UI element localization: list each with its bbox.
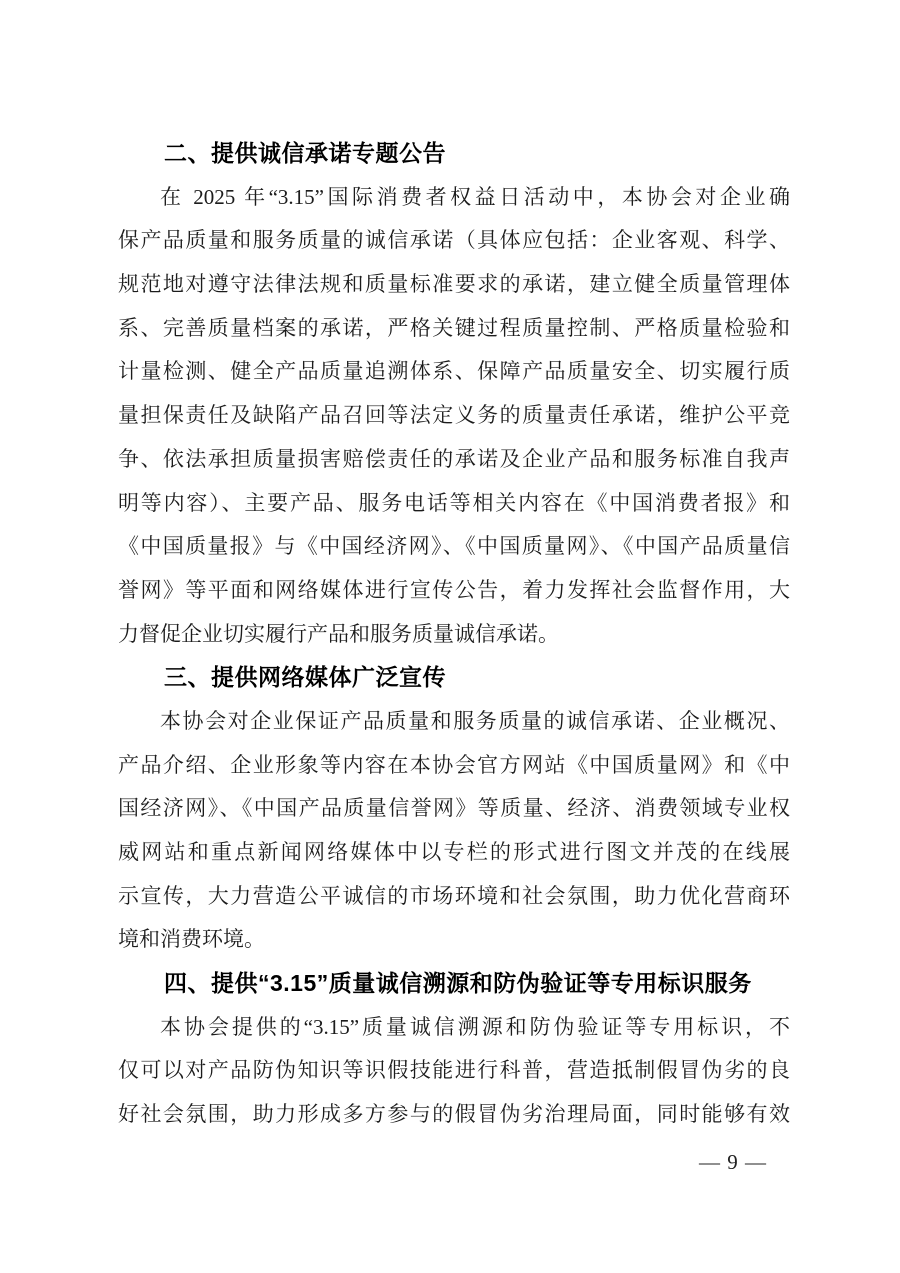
section-heading-4: 四、提供“3.15”质量诚信溯源和防伪验证等专用标识服务: [118, 962, 790, 1006]
text-line: 产品介绍、企业形象等内容在本协会官方网站《中国质量网》和《中: [118, 744, 790, 788]
document-content: 二、提供诚信承诺专题公告 在 2025 年“3.15”国际消费者权益日活动中，本…: [118, 132, 790, 1137]
section-heading-3: 三、提供网络媒体广泛宣传: [118, 656, 790, 700]
text-line: 国经济网》、《中国产品质量信誉网》等质量、经济、消费领域专业权: [118, 787, 790, 831]
text-line: 规范地对遵守法律法规和质量标准要求的承诺，建立健全质量管理体: [118, 263, 790, 307]
text-line: 在 2025 年“3.15”国际消费者权益日活动中，本协会对企业确: [118, 176, 790, 220]
text-line: 力督促企业切实履行产品和服务质量诚信承诺。: [118, 613, 790, 657]
text-line: 系、完善质量档案的承诺，严格关键过程质量控制、严格质量检验和: [118, 307, 790, 351]
text-line: 威网站和重点新闻网络媒体中以专栏的形式进行图文并茂的在线展: [118, 831, 790, 875]
text-line: 明等内容）、主要产品、服务电话等相关内容在《中国消费者报》和: [118, 482, 790, 526]
text-line: 仅可以对产品防伪知识等识假技能进行科普，营造抵制假冒伪劣的良: [118, 1049, 790, 1093]
section-heading-2: 二、提供诚信承诺专题公告: [118, 132, 790, 176]
text-line: 本协会提供的“3.15”质量诚信溯源和防伪验证等专用标识，不: [118, 1006, 790, 1050]
document-page: 二、提供诚信承诺专题公告 在 2025 年“3.15”国际消费者权益日活动中，本…: [0, 0, 900, 1273]
text-line: 示宣传，大力营造公平诚信的市场环境和社会氛围，助力优化营商环: [118, 875, 790, 919]
text-line: 境和消费环境。: [118, 918, 790, 962]
text-line: 量担保责任及缺陷产品召回等法定义务的质量责任承诺，维护公平竞: [118, 394, 790, 438]
text-line: 保产品质量和服务质量的诚信承诺（具体应包括：企业客观、科学、: [118, 219, 790, 263]
text-line: 好社会氛围，助力形成多方参与的假冒伪劣治理局面，同时能够有效: [118, 1093, 790, 1137]
text-line: 本协会对企业保证产品质量和服务质量的诚信承诺、企业概况、: [118, 700, 790, 744]
text-line: 《中国质量报》与《中国经济网》、《中国质量网》、《中国产品质量信: [118, 525, 790, 569]
text-line: 争、依法承担质量损害赔偿责任的承诺及企业产品和服务标准自我声: [118, 438, 790, 482]
page-number: — 9 —: [699, 1148, 767, 1176]
text-line: 计量检测、健全产品质量追溯体系、保障产品质量安全、切实履行质: [118, 350, 790, 394]
text-line: 誉网》等平面和网络媒体进行宣传公告，着力发挥社会监督作用，大: [118, 569, 790, 613]
